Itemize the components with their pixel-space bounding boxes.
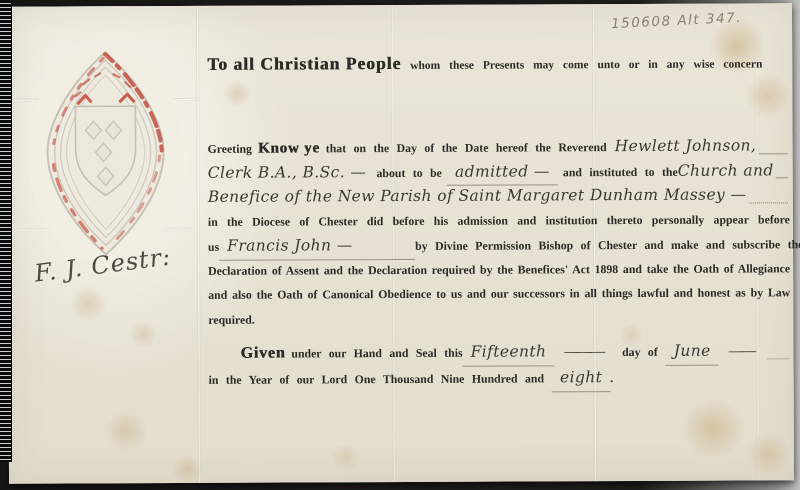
handwritten-dash: ——	[729, 338, 756, 364]
printed-text: us	[208, 235, 219, 260]
foxing-stain	[104, 411, 149, 451]
certificate-paper: 150608 Alt 347. To all Christian People …	[7, 3, 794, 483]
photographic-scale-bar	[0, 0, 12, 462]
printed-text: that on the Day of the Date hereof the R…	[326, 135, 607, 161]
printed-text: and also the Oath of Canonical Obedience…	[208, 285, 790, 302]
foxing-stain	[681, 398, 746, 458]
body-line-8: required.	[208, 305, 790, 332]
body-line-6: Declaration of Assent and the Declaratio…	[208, 256, 790, 283]
given-line-1: Given under our Hand and Seal this Fifte…	[208, 337, 790, 366]
printed-text: in the Year of our Lord One Thousand Nin…	[209, 365, 545, 392]
blackletter-given: Given	[240, 341, 285, 367]
header-blackletter: To all Christian People	[207, 53, 401, 75]
printed-text: in the Diocese of Chester did before his…	[208, 212, 790, 229]
body-line-1: Greeting Know ye that on the Day of the …	[208, 133, 790, 160]
handwritten-benefice-name: Benefice of the New Parish of Saint Marg…	[208, 182, 747, 209]
foxing-stain	[222, 81, 252, 107]
given-line-2: in the Year of our Lord One Thousand Nin…	[209, 363, 791, 392]
handwritten-bishop-name: Francis John —	[219, 233, 415, 260]
testimonium-paragraph: Given under our Hand and Seal this Fifte…	[208, 337, 790, 392]
foxing-stain	[68, 286, 108, 322]
body-line-5: us Francis John — by Divine Permission B…	[208, 231, 790, 258]
printed-text: .	[610, 365, 613, 391]
body-line-3: Benefice of the New Parish of Saint Marg…	[208, 182, 790, 209]
handwritten-qualifications: Clerk B.A., B.Sc. —	[208, 160, 367, 185]
body-line-2: Clerk B.A., B.Sc. — about to be admitted…	[208, 158, 790, 185]
archive-number-annotation: 150608 Alt 347.	[611, 7, 797, 32]
foxing-stain	[744, 433, 792, 475]
body-paragraph: Greeting Know ye that on the Day of the …	[208, 133, 791, 332]
handwritten-dash: ———	[564, 339, 604, 365]
printed-text: by Divine Permission Bishop of Chester a…	[415, 232, 800, 258]
handwritten-day: Fifteenth	[463, 338, 555, 366]
header-rest: whom these Presents may come unto or in …	[410, 58, 762, 72]
printed-text: day of	[622, 339, 658, 365]
rule-line	[758, 153, 787, 154]
printed-text: Declaration of Assent and the Declaratio…	[208, 261, 790, 278]
foxing-stain	[745, 73, 790, 118]
scanned-certificate-photo: { "colors": { "paper": "#e7e2d4", "ink":…	[0, 0, 800, 490]
handwritten-incumbent-name: Hewlett Johnson,	[615, 133, 757, 158]
fold-crease-vertical-1	[196, 6, 201, 483]
printed-text: under our Hand and Seal this	[291, 340, 462, 367]
printed-text: required.	[208, 307, 255, 332]
printed-text: and instituted to the	[563, 159, 678, 184]
dotted-rule-line	[748, 202, 787, 203]
rule-line	[776, 177, 788, 178]
body-line-4: in the Diocese of Chester did before his…	[208, 207, 790, 234]
diocese-of-chester-seal	[25, 44, 186, 265]
foxing-stain	[329, 445, 363, 471]
handwritten-month: June	[666, 338, 719, 366]
body-line-7: and also the Oath of Canonical Obedience…	[208, 280, 790, 307]
printed-text: Greeting	[208, 137, 252, 162]
handwritten-church-and: Church and	[678, 158, 774, 183]
dotted-rule-line	[767, 358, 788, 359]
handwritten-admitted: admitted —	[447, 159, 558, 186]
embossed-seal-graphic	[25, 44, 186, 265]
printed-text: about to be	[376, 160, 441, 185]
document-header: To all Christian People whom these Prese…	[207, 51, 791, 75]
blackletter-know-ye: Know ye	[258, 136, 320, 161]
foxing-stain	[128, 321, 158, 347]
handwritten-year: eight	[552, 364, 610, 392]
